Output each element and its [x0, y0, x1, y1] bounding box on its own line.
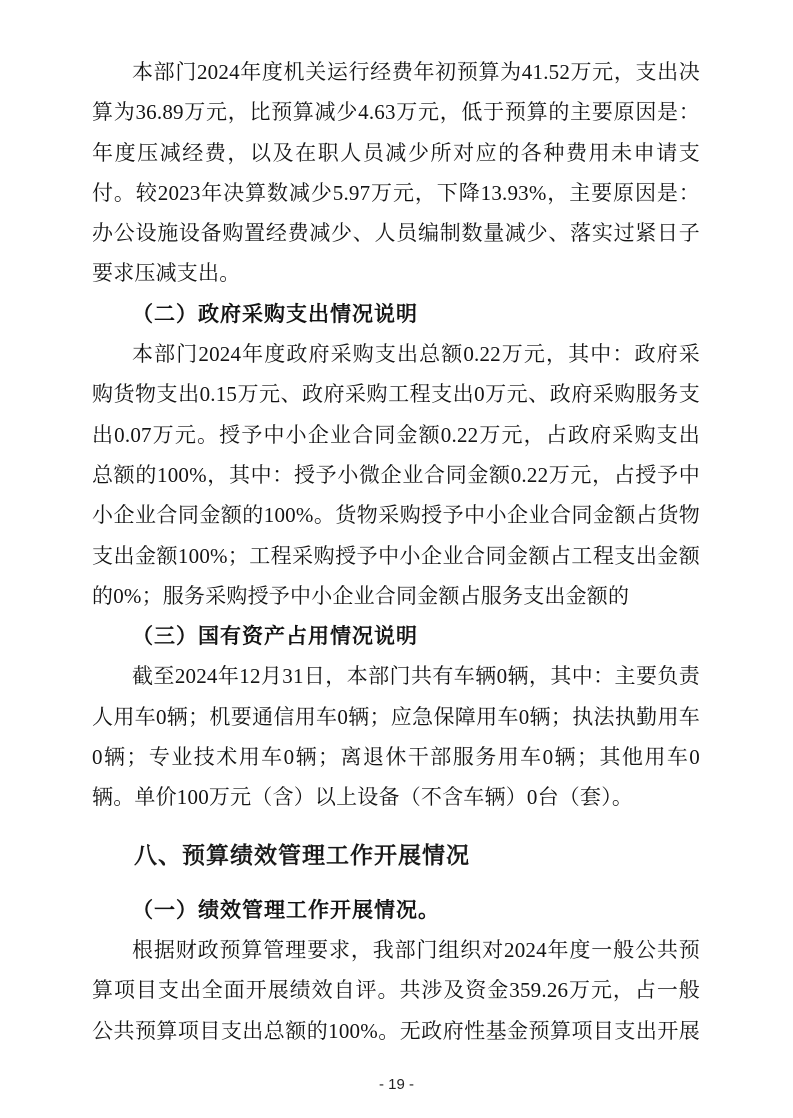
- paragraph-performance-self-evaluation: 根据财政预算管理要求，我部门组织对2024年度一般公共预算项目支出全面开展绩效自…: [92, 930, 700, 1051]
- page-number: - 19 -: [379, 1076, 414, 1093]
- paragraph-line: 出0.07万元。授予中小企业合同金额0.22万元，占政府采购支出: [92, 415, 700, 455]
- paragraph-line: 支出金额100%；工程采购授予中小企业合同金额占工程支出金额: [92, 536, 700, 576]
- section-heading-government-procurement: （二）政府采购支出情况说明: [92, 294, 700, 334]
- paragraph-line: 购货物支出0.15万元、政府采购工程支出0万元、政府采购服务支: [92, 374, 700, 414]
- document-content: 本部门2024年度机关运行经费年初预算为41.52万元，支出决算为36.89万元…: [92, 52, 700, 1051]
- paragraph-line: 0辆；专业技术用车0辆；离退休干部服务用车0辆；其他用车0: [92, 737, 700, 777]
- document-page: 本部门2024年度机关运行经费年初预算为41.52万元，支出决算为36.89万元…: [0, 0, 793, 1118]
- paragraph-line: 年度压减经费，以及在职人员减少所对应的各种费用未申请支: [92, 133, 700, 173]
- paragraph-operating-expenses: 本部门2024年度机关运行经费年初预算为41.52万元，支出决算为36.89万元…: [92, 52, 700, 294]
- paragraph-line: 办公设施设备购置经费减少、人员编制数量减少、落实过紧日子: [92, 213, 700, 253]
- paragraph-line: 公共预算项目支出总额的100%。无政府性基金预算项目支出开展: [92, 1011, 700, 1051]
- paragraph-line: 辆。单价100万元（含）以上设备（不含车辆）0台（套）。: [92, 777, 700, 817]
- section-heading-state-owned-assets: （三）国有资产占用情况说明: [92, 616, 700, 656]
- paragraph-state-owned-assets: 截至2024年12月31日，本部门共有车辆0辆，其中：主要负责人用车0辆；机要通…: [92, 656, 700, 817]
- paragraph-government-procurement: 本部门2024年度政府采购支出总额0.22万元，其中：政府采购货物支出0.15万…: [92, 334, 700, 616]
- paragraph-line: 算为36.89万元，比预算减少4.63万元，低于预算的主要原因是：: [92, 92, 700, 132]
- paragraph-line: 小企业合同金额的100%。货物采购授予中小企业合同金额占货物: [92, 495, 700, 535]
- paragraph-line: 本部门2024年度政府采购支出总额0.22万元，其中：政府采: [92, 334, 700, 374]
- paragraph-line: 截至2024年12月31日，本部门共有车辆0辆，其中：主要负责: [92, 656, 700, 696]
- paragraph-line: 人用车0辆；机要通信用车0辆；应急保障用车0辆；执法执勤用车: [92, 697, 700, 737]
- paragraph-line: 的0%；服务采购授予中小企业合同金额占服务支出金额的100%。: [92, 576, 700, 616]
- page-footer: - 19 -: [0, 1076, 793, 1093]
- chapter-heading-performance-management: 八、预算绩效管理工作开展情况: [92, 832, 700, 878]
- paragraph-line: 算项目支出全面开展绩效自评。共涉及资金359.26万元，占一般: [92, 970, 700, 1010]
- paragraph-line: 根据财政预算管理要求，我部门组织对2024年度一般公共预: [92, 930, 700, 970]
- paragraph-line: 付。较2023年决算数减少5.97万元，下降13.93%，主要原因是：: [92, 173, 700, 213]
- paragraph-line: 本部门2024年度机关运行经费年初预算为41.52万元，支出决: [92, 52, 700, 92]
- paragraph-line: 要求压减支出。: [92, 253, 700, 293]
- paragraph-line: 总额的100%，其中：授予小微企业合同金额0.22万元，占授予中: [92, 455, 700, 495]
- section-heading-performance-work: （一）绩效管理工作开展情况。: [92, 890, 700, 930]
